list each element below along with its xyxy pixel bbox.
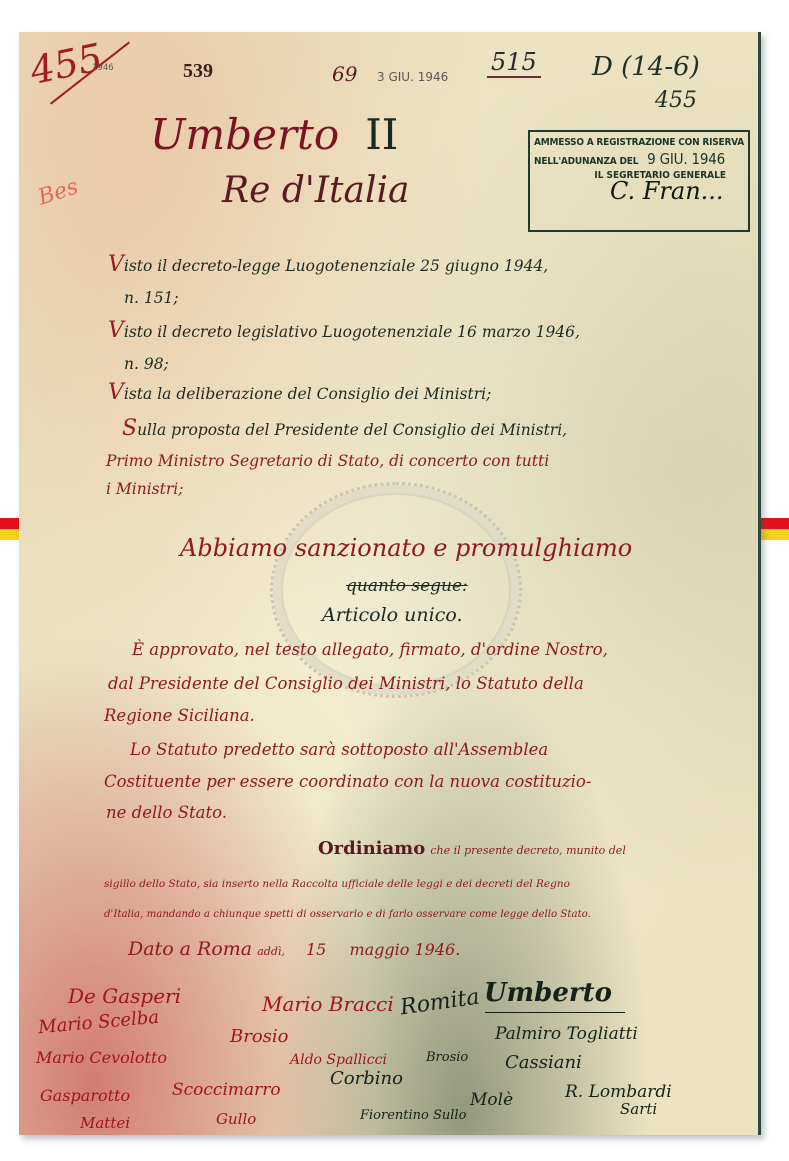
signature: Fiorentino Sullo [360,1108,466,1123]
date-day: 15 [306,940,326,959]
ordiniamo-word: Ordiniamo [318,838,425,859]
signature: Gasparotto [40,1086,130,1105]
closing-line-2: sigillo dello Stato, sia inserto nella R… [104,878,570,890]
signature: R. Lombardi [565,1082,672,1102]
preamble-line: n. 151; [124,291,179,307]
flag-stripe-right [759,518,789,540]
date-line: Dato a Roma addì, 15 maggio 1946. [128,938,460,960]
signature-underline [485,1012,625,1013]
reference-number: 455 [655,88,697,113]
enactment-formula-2: quanto segue: [346,576,468,596]
date-place: Dato a Roma [128,938,252,960]
stamp-line-2-prefix: NELL'ADUNANZA DEL [534,156,638,167]
drop-cap: S [122,416,137,441]
closing-line-1-rest: che il presente decreto, munito del [430,844,626,857]
date-month: maggio [349,940,409,959]
preamble-line: i Ministri; [106,482,183,498]
drop-cap: V [108,252,124,277]
signature: De Gasperi [68,984,181,1008]
article-line: Regione Siciliana. [104,708,255,725]
flag-stripe-left [0,518,20,540]
sovereign-name: Umberto [150,110,339,159]
signature: Aldo Spallicci [290,1052,387,1068]
article-line: dal Presidente del Consiglio dei Ministr… [108,676,584,693]
registration-stamp: AMMESSO A REGISTRAZIONE CON RISERVA NELL… [528,130,750,232]
handwritten-number: 69 [332,62,357,86]
date-addendum: addì, [257,945,285,958]
date-year: 1946. [414,940,460,959]
protocol-number: 539 [183,60,213,83]
preamble-line: Visto il decreto-legge Luogotenenziale 2… [108,254,548,276]
signature: Palmiro Togliatti [495,1024,638,1044]
signature: Mario Bracci [262,992,394,1016]
drop-cap: V [108,318,124,343]
signature-umberto: Umberto [484,978,612,1008]
article-heading: Articolo unico. [322,604,463,626]
signature: Molè [470,1090,513,1110]
flag-red-band [0,518,20,529]
signature: Gullo [216,1110,256,1128]
preamble-line: Primo Ministro Segretario di Stato, di c… [106,454,549,470]
flag-red-band [759,518,789,529]
preamble-line: Vista la deliberazione del Consiglio dei… [108,382,491,404]
preamble-line: Visto il decreto legislativo Luogotenenz… [108,320,580,342]
closing-line-1: Ordiniamo che il presente decreto, munit… [318,838,626,859]
signature: Mario Cevolotto [36,1048,167,1067]
signature: Brosio [426,1050,468,1065]
stamp-signature: C. Fran... [610,177,748,205]
stamp-date: 9 GIU. 1946 [647,150,725,168]
flag-yellow-band [0,529,20,540]
signature: Brosio [230,1026,289,1047]
drop-cap: V [108,380,124,405]
article-line: È approvato, nel testo allegato, firmato… [132,642,608,659]
signature: Sarti [620,1100,657,1118]
signature: Scoccimarro [172,1080,281,1100]
signature: Mattei [80,1114,130,1132]
regnal-number: II [365,110,398,159]
sovereign-subtitle: Re d'Italia [222,170,409,211]
preamble-line: Sulla proposta del Presidente del Consig… [122,418,567,440]
underlined-number: 515 [487,48,541,78]
signature: Cassiani [505,1052,582,1073]
article-line: Lo Statuto predetto sarà sottoposto all'… [130,742,548,759]
sovereign-title: UmbertoII [150,110,398,159]
stamp-date-center: 3 GIU. 1946 [377,70,448,84]
closing-line-3: d'Italia, mandando a chiunque spetti di … [104,909,591,920]
enactment-formula: Abbiamo sanzionato e promulghiamo [180,534,632,562]
flag-yellow-band [759,529,789,540]
stamp-line-2: NELL'ADUNANZA DEL 9 GIU. 1946 [530,150,748,168]
stamp-line-1: AMMESSO A REGISTRAZIONE CON RISERVA [530,137,748,148]
stamp-date-left: 1946 [92,63,114,73]
preamble-line: n. 98; [124,357,169,373]
signature: Corbino [330,1068,403,1089]
reference-code: D (14-6) [592,52,700,82]
article-line: ne dello Stato. [106,805,227,822]
article-line: Costituente per essere coordinato con la… [104,774,591,791]
